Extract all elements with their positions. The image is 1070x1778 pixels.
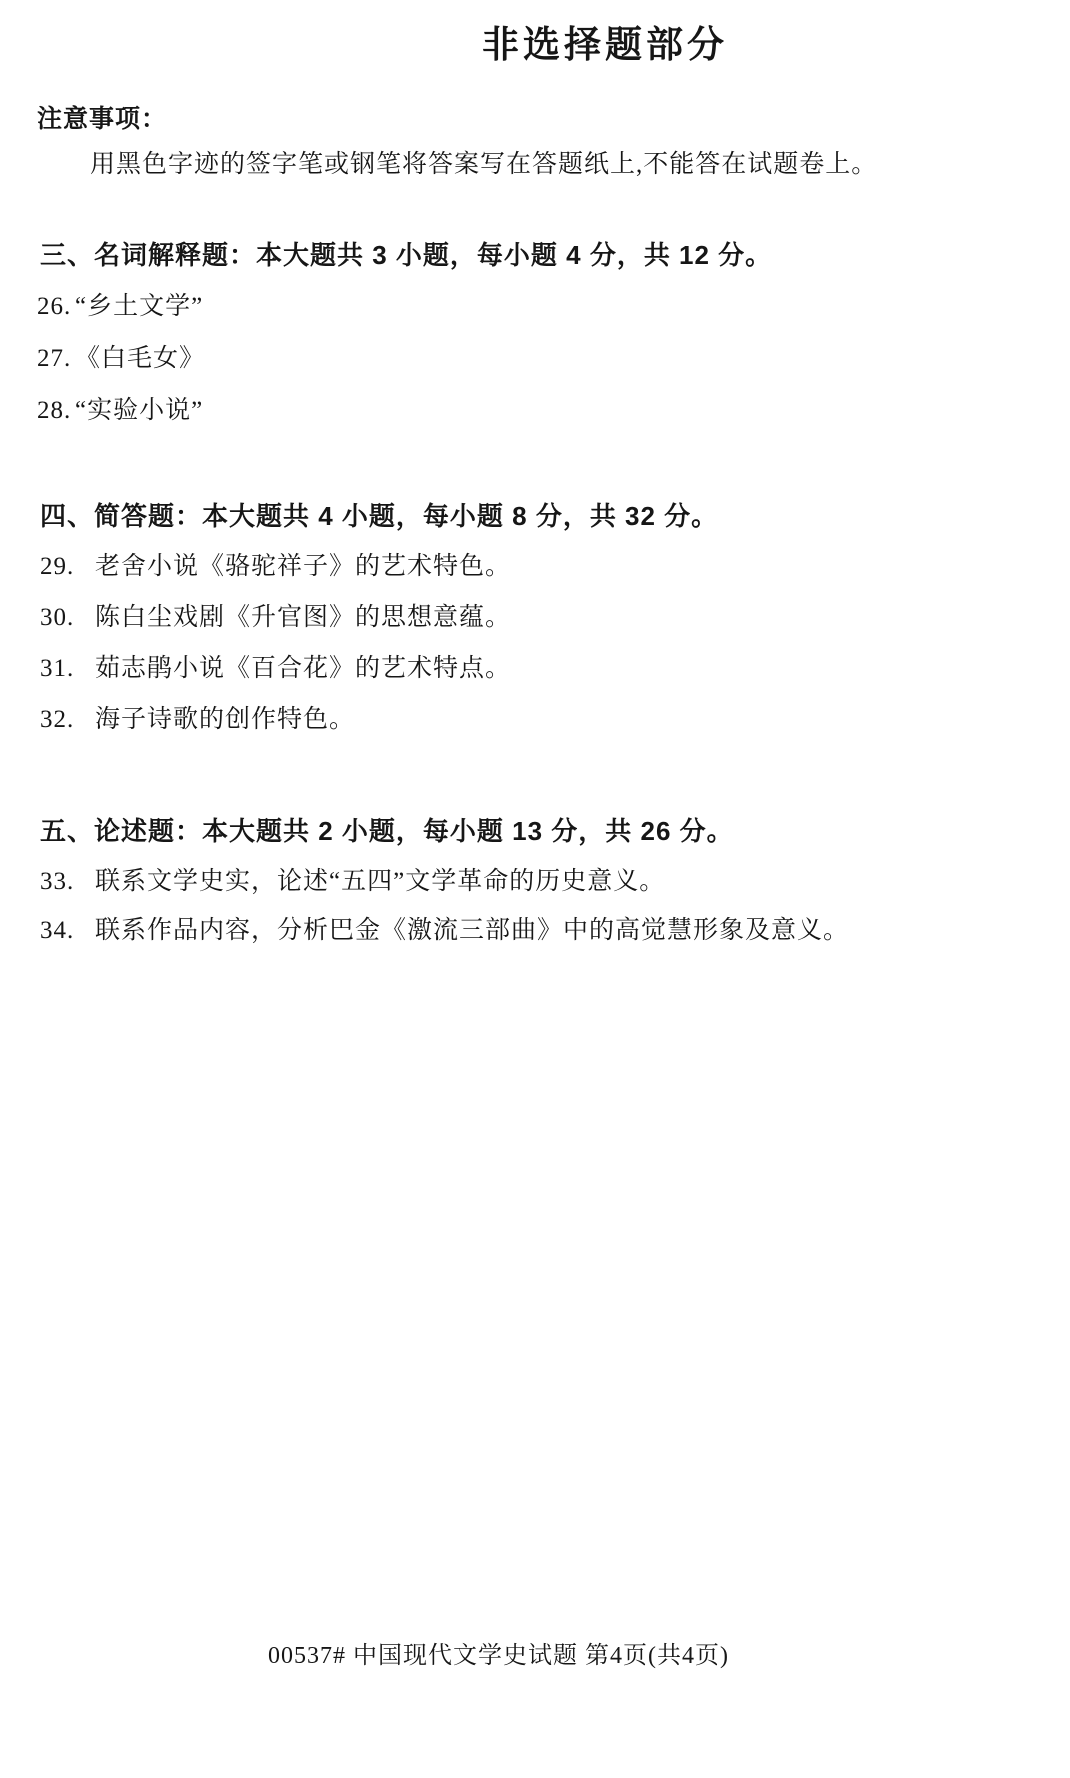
question-item-29: 29. 老舍小说《骆驼祥子》的艺术特色。 bbox=[40, 551, 511, 582]
question-number: 32. bbox=[40, 704, 95, 735]
section-heading-short-answer: 四、简答题：本大题共 4 小题，每小题 8 分，共 32 分。 bbox=[40, 500, 718, 533]
question-text: “实验小说” bbox=[75, 395, 203, 426]
question-text: 联系文学史实，论述“五四”文学革命的历史意义。 bbox=[95, 866, 665, 897]
question-number: 30. bbox=[40, 602, 95, 633]
question-item-27: 27. 《白毛女》 bbox=[37, 343, 205, 374]
section-heading-essay: 五、论述题：本大题共 2 小题，每小题 13 分，共 26 分。 bbox=[40, 815, 734, 848]
question-number: 28. bbox=[37, 395, 75, 426]
question-item-34: 34. 联系作品内容，分析巴金《激流三部曲》中的高觉慧形象及意义。 bbox=[40, 915, 849, 946]
question-number: 27. bbox=[37, 343, 75, 374]
page-footer: 00537# 中国现代文学史试题 第4页(共4页) bbox=[268, 1641, 729, 1671]
question-number: 33. bbox=[40, 866, 95, 897]
question-item-31: 31. 茹志鹃小说《百合花》的艺术特点。 bbox=[40, 653, 511, 684]
question-number: 26. bbox=[37, 291, 75, 322]
question-number: 31. bbox=[40, 653, 95, 684]
question-number: 29. bbox=[40, 551, 95, 582]
exam-page: 非选择题部分 注意事项： 用黑色字迹的签字笔或钢笔将答案写在答题纸上,不能答在试… bbox=[0, 0, 1070, 1778]
question-text: 茹志鹃小说《百合花》的艺术特点。 bbox=[95, 653, 511, 684]
question-text: 联系作品内容，分析巴金《激流三部曲》中的高觉慧形象及意义。 bbox=[95, 915, 849, 946]
notice-text: 用黑色字迹的签字笔或钢笔将答案写在答题纸上,不能答在试题卷上。 bbox=[90, 149, 877, 180]
page-title: 非选择题部分 bbox=[482, 26, 728, 63]
notice-heading: 注意事项： bbox=[37, 104, 167, 135]
question-item-26: 26. “乡土文学” bbox=[37, 291, 203, 322]
question-text: 《白毛女》 bbox=[75, 343, 205, 374]
question-text: 海子诗歌的创作特色。 bbox=[95, 704, 355, 735]
question-item-32: 32. 海子诗歌的创作特色。 bbox=[40, 704, 355, 735]
question-item-30: 30. 陈白尘戏剧《升官图》的思想意蕴。 bbox=[40, 602, 511, 633]
question-text: 老舍小说《骆驼祥子》的艺术特色。 bbox=[95, 551, 511, 582]
question-item-28: 28. “实验小说” bbox=[37, 395, 203, 426]
section-heading-definitions: 三、名词解释题：本大题共 3 小题，每小题 4 分，共 12 分。 bbox=[40, 239, 772, 272]
question-number: 34. bbox=[40, 915, 95, 946]
question-item-33: 33. 联系文学史实，论述“五四”文学革命的历史意义。 bbox=[40, 866, 665, 897]
question-text: “乡土文学” bbox=[75, 291, 203, 322]
question-text: 陈白尘戏剧《升官图》的思想意蕴。 bbox=[95, 602, 511, 633]
